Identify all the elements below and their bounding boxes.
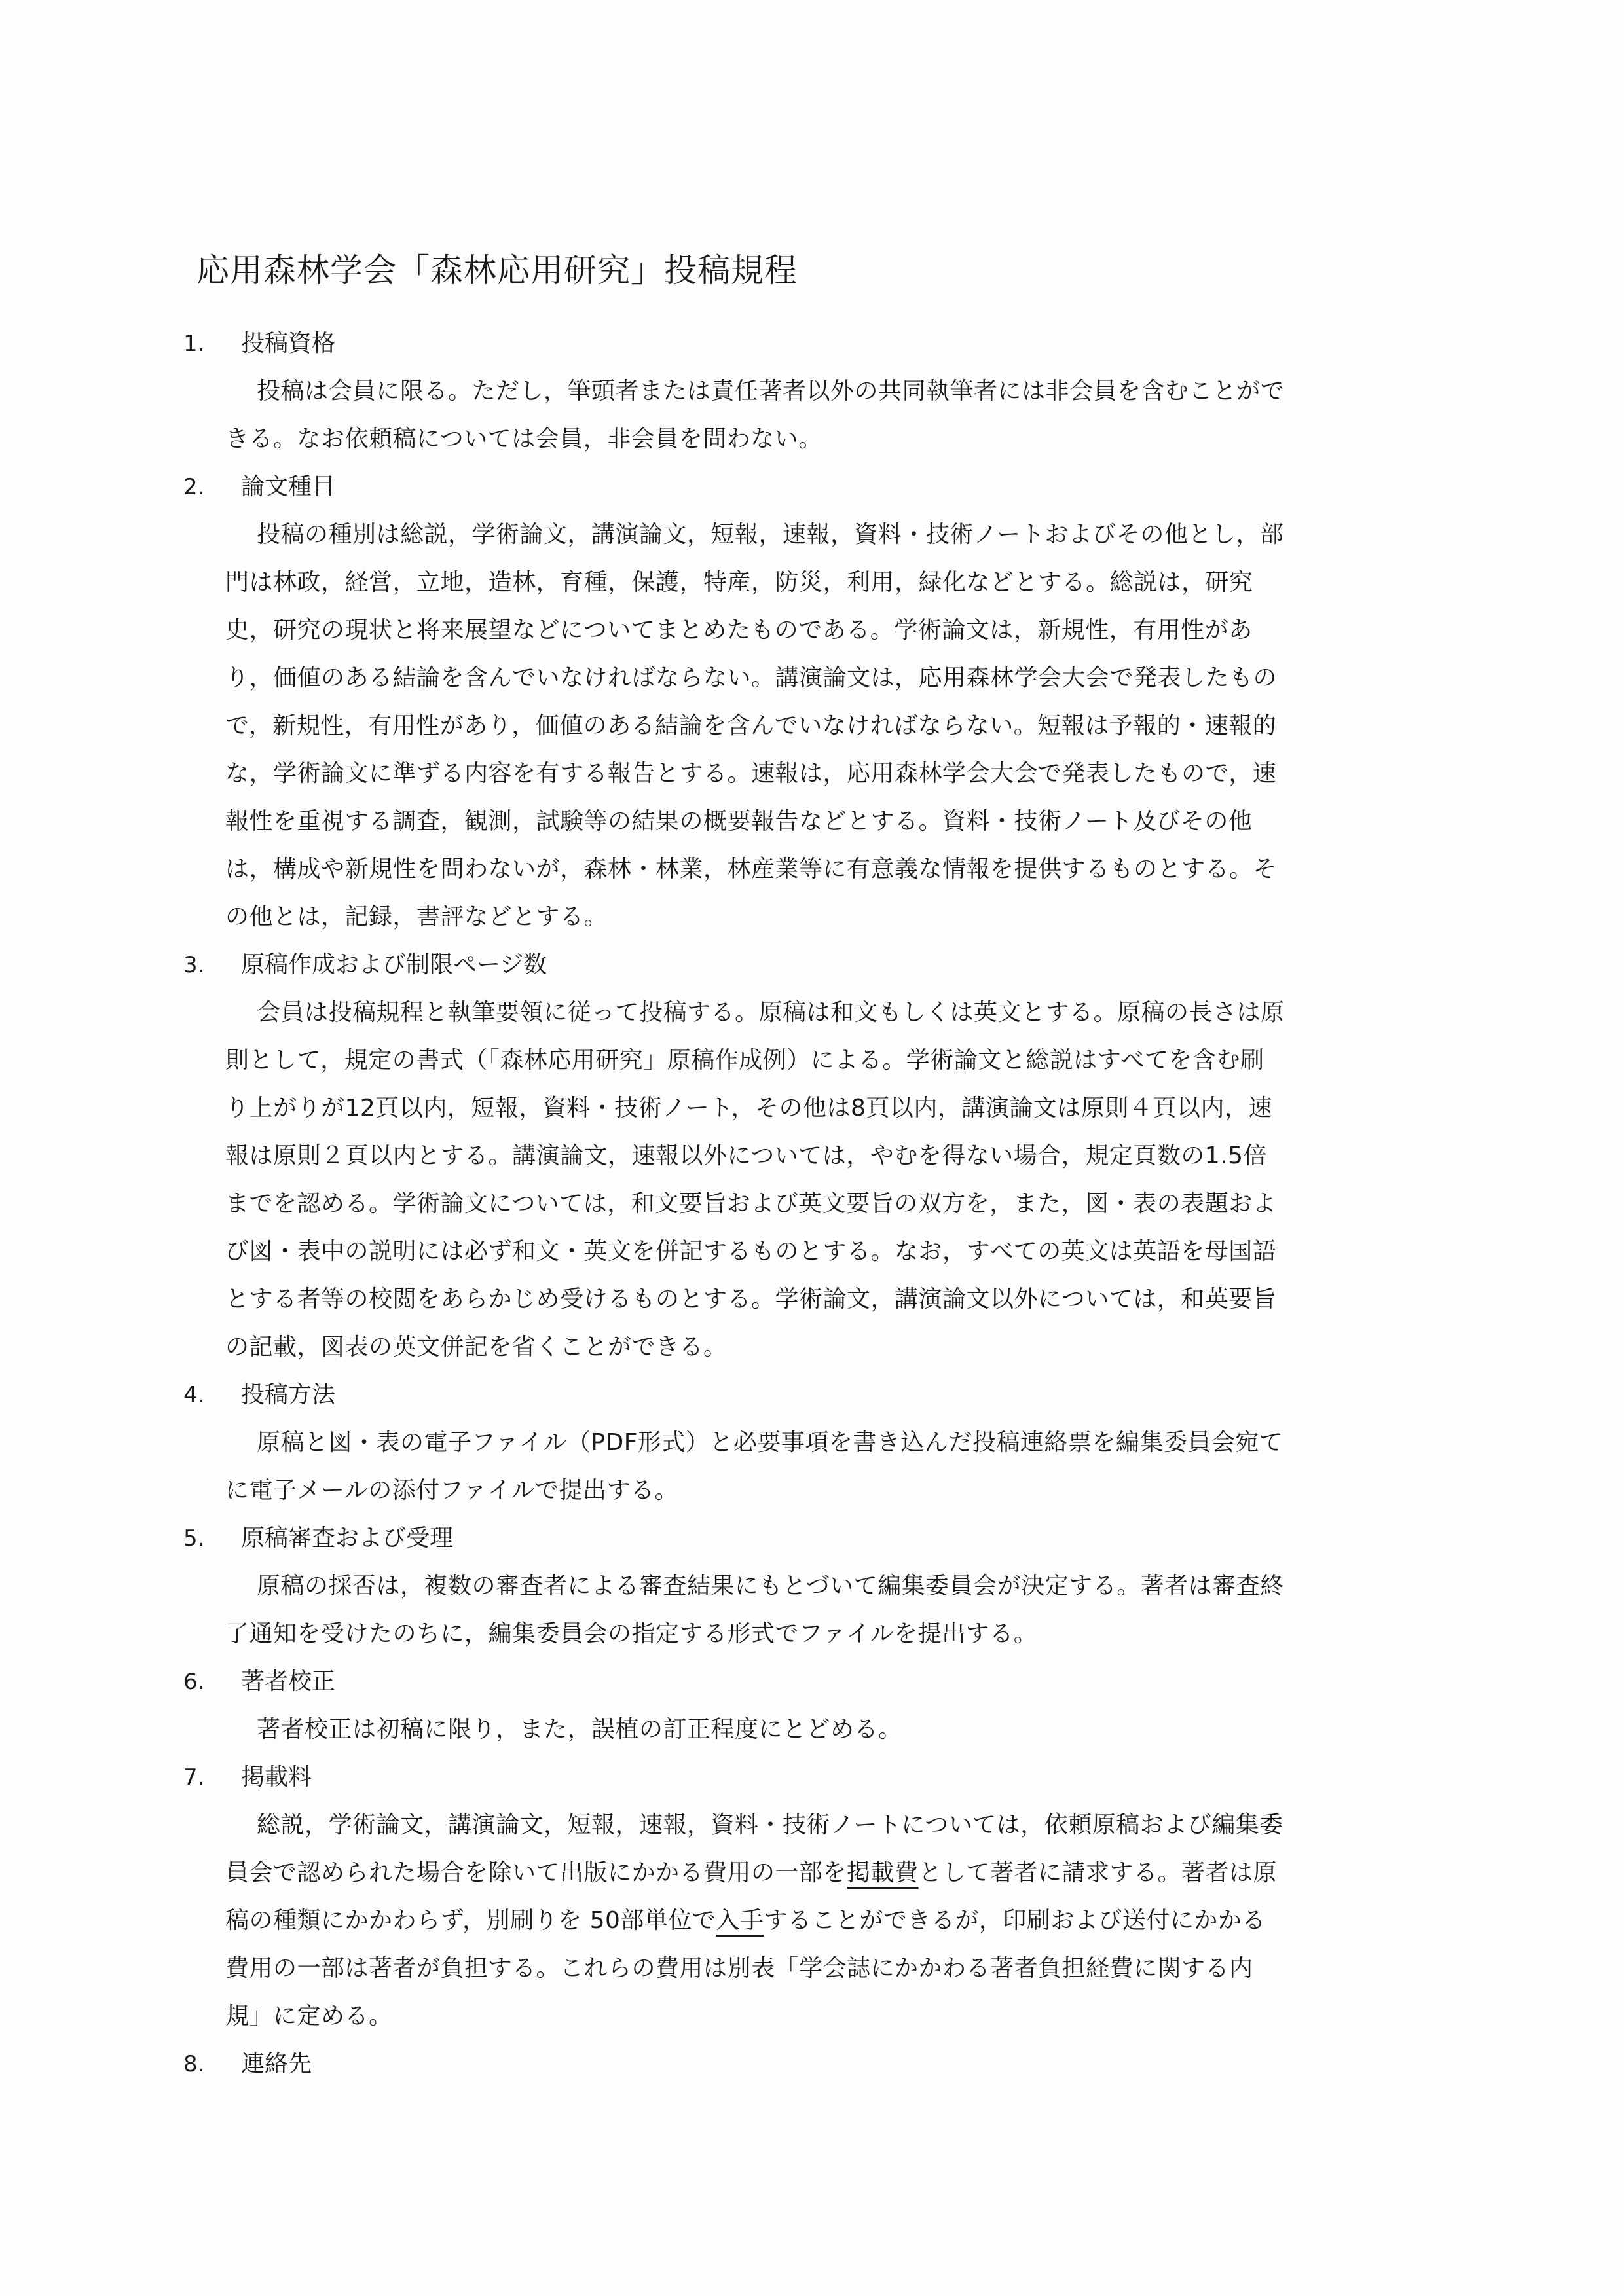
paragraph-line: で，新規性，有用性があり，価値のある結論を含んでいなければならない。短報は予報的… (183, 702, 1447, 750)
section-heading: 1. 投稿資格 (183, 319, 1447, 367)
page-title: 応用森林学会「森林応用研究」投稿規程 (196, 247, 798, 293)
paragraph-line: 報性を重視する調査，観測，試験等の結果の概要報告などとする。資料・技術ノート及び… (183, 797, 1447, 845)
paragraph-line: 稿の種類にかかわらず，別刷りを 50部単位で入手することができるが，印刷および送… (183, 1897, 1447, 1944)
paragraph-line: までを認める。学術論文については，和文要旨および英文要旨の双方を，また，図・表の… (183, 1180, 1447, 1228)
section-number: 6. (183, 1658, 241, 1706)
section-review-acceptance: 5. 原稿審査および受理 原稿の採否は，複数の審査者による審査結果にもとづいて編… (183, 1514, 1447, 1658)
paragraph-line: り，価値のある結論を含んでいなければならない。講演論文は，応用森林学会大会で発表… (183, 654, 1447, 702)
section-title: 原稿審査および受理 (241, 1514, 453, 1562)
section-number: 1. (183, 320, 241, 368)
paragraph-line: 投稿は会員に限る。ただし，筆頭者または責任著者以外の共同執筆者には非会員を含むこ… (183, 367, 1447, 415)
paragraph-line: 費用の一部は著者が負担する。これらの費用は別表「学会誌にかかわる著者負担経費に関… (183, 1944, 1447, 1992)
section-submission-method: 4. 投稿方法 原稿と図・表の電子ファイル（PDF形式）と必要事項を書き込んだ投… (183, 1371, 1447, 1514)
section-number: 7. (183, 1754, 241, 1802)
paragraph-line: 員会で認められた場合を除いて出版にかかる費用の一部を掲載費として著者に請求する。… (183, 1849, 1447, 1897)
paragraph-line: きる。なお依頼稿については会員，非会員を問わない。 (183, 415, 1447, 463)
section-title: 投稿方法 (241, 1371, 335, 1419)
underlined-term: 入手 (716, 1907, 764, 1934)
paragraph-line: 原稿の採否は，複数の審査者による審査結果にもとづいて編集委員会が決定する。著者は… (183, 1562, 1447, 1610)
text-span: として著者に請求する。著者は原 (919, 1859, 1278, 1886)
paragraph-line: の記載，図表の英文併記を省くことができる。 (183, 1323, 1447, 1371)
paragraph-line: 投稿の種別は総説，学術論文，講演論文，短報，速報，資料・技術ノートおよびその他と… (183, 511, 1447, 558)
section-number: 8. (183, 2041, 241, 2088)
text-span: 員会で認められた場合を除いて出版にかかる費用の一部を (225, 1859, 847, 1886)
paragraph-line: の他とは，記録，書評などとする。 (183, 893, 1447, 941)
paragraph-line: 報は原則２頁以内とする。講演論文，速報以外については，やむを得ない場合，規定頁数… (183, 1132, 1447, 1180)
section-heading: 6. 著者校正 (183, 1658, 1447, 1705)
paragraph-line: 規」に定める。 (183, 1992, 1447, 2040)
paragraph-line: 総説，学術論文，講演論文，短報，速報，資料・技術ノートについては，依頼原稿および… (183, 1801, 1447, 1849)
section-heading: 3. 原稿作成および制限ページ数 (183, 941, 1447, 989)
section-eligibility: 1. 投稿資格 投稿は会員に限る。ただし，筆頭者または責任著者以外の共同執筆者に… (183, 319, 1447, 463)
paragraph-line: 会員は投稿規程と執筆要領に従って投稿する。原稿は和文もしくは英文とする。原稿の長… (183, 989, 1447, 1036)
section-title: 著者校正 (241, 1658, 335, 1705)
paragraph-line: は，構成や新規性を問わないが，森林・林業，林産業等に有意義な情報を提供するものと… (183, 845, 1447, 893)
paragraph-line: び図・表中の説明には必ず和文・英文を併記するものとする。なお，すべての英文は英語… (183, 1228, 1447, 1275)
section-heading: 4. 投稿方法 (183, 1371, 1447, 1419)
underlined-term: 掲載費 (847, 1859, 919, 1886)
text-span: 稿の種類にかかわらず，別刷りを 50部単位で (225, 1907, 716, 1934)
paragraph-line: 門は林政，経営，立地，造林，育種，保護，特産，防災，利用，緑化などとする。総説は… (183, 558, 1447, 606)
section-title: 連絡先 (241, 2040, 312, 2088)
section-heading: 7. 掲載料 (183, 1753, 1447, 1801)
paragraph-line: 史，研究の現状と将来展望などについてまとめたものである。学術論文は，新規性，有用… (183, 606, 1447, 654)
document-body: 1. 投稿資格 投稿は会員に限る。ただし，筆頭者または責任著者以外の共同執筆者に… (183, 319, 1447, 2088)
section-number: 2. (183, 464, 241, 511)
paragraph-line: 了通知を受けたのちに，編集委員会の指定する形式でファイルを提出する。 (183, 1610, 1447, 1658)
section-number: 5. (183, 1515, 241, 1563)
paragraph-line: 原稿と図・表の電子ファイル（PDF形式）と必要事項を書き込んだ投稿連絡票を編集委… (183, 1419, 1447, 1467)
section-heading: 8. 連絡先 (183, 2040, 1447, 2088)
text-span: することができるが，印刷および送付にかかる (764, 1907, 1266, 1934)
section-number: 4. (183, 1372, 241, 1419)
paragraph-line: 則として，規定の書式（「森林応用研究」原稿作成例）による。学術論文と総説はすべて… (183, 1036, 1447, 1084)
paragraph-line: り上がりが12頁以内，短報，資料・技術ノート，その他は8頁以内，講演論文は原則４… (183, 1084, 1447, 1132)
section-title: 掲載料 (241, 1753, 312, 1801)
section-article-types: 2. 論文種目 投稿の種別は総説，学術論文，講演論文，短報，速報，資料・技術ノー… (183, 463, 1447, 941)
section-contact: 8. 連絡先 (183, 2040, 1447, 2088)
section-title: 原稿作成および制限ページ数 (241, 941, 547, 989)
document-page: 応用森林学会「森林応用研究」投稿規程 1. 投稿資格 投稿は会員に限る。ただし，… (0, 0, 1624, 2296)
section-title: 論文種目 (241, 463, 335, 511)
section-publication-fees: 7. 掲載料 総説，学術論文，講演論文，短報，速報，資料・技術ノートについては，… (183, 1753, 1447, 2040)
paragraph-line: に電子メールの添付ファイルで提出する。 (183, 1467, 1447, 1514)
section-proofreading: 6. 著者校正 著者校正は初稿に限り，また，誤植の訂正程度にとどめる。 (183, 1658, 1447, 1753)
section-number: 3. (183, 941, 241, 989)
section-title: 投稿資格 (241, 319, 335, 367)
section-heading: 5. 原稿審査および受理 (183, 1514, 1447, 1562)
section-manuscript-preparation: 3. 原稿作成および制限ページ数 会員は投稿規程と執筆要領に従って投稿する。原稿… (183, 941, 1447, 1371)
paragraph-line: な，学術論文に準ずる内容を有する報告とする。速報は，応用森林学会大会で発表したも… (183, 750, 1447, 797)
paragraph-line: とする者等の校閲をあらかじめ受けるものとする。学術論文，講演論文以外については，… (183, 1275, 1447, 1323)
section-heading: 2. 論文種目 (183, 463, 1447, 511)
paragraph-line: 著者校正は初稿に限り，また，誤植の訂正程度にとどめる。 (183, 1705, 1447, 1753)
